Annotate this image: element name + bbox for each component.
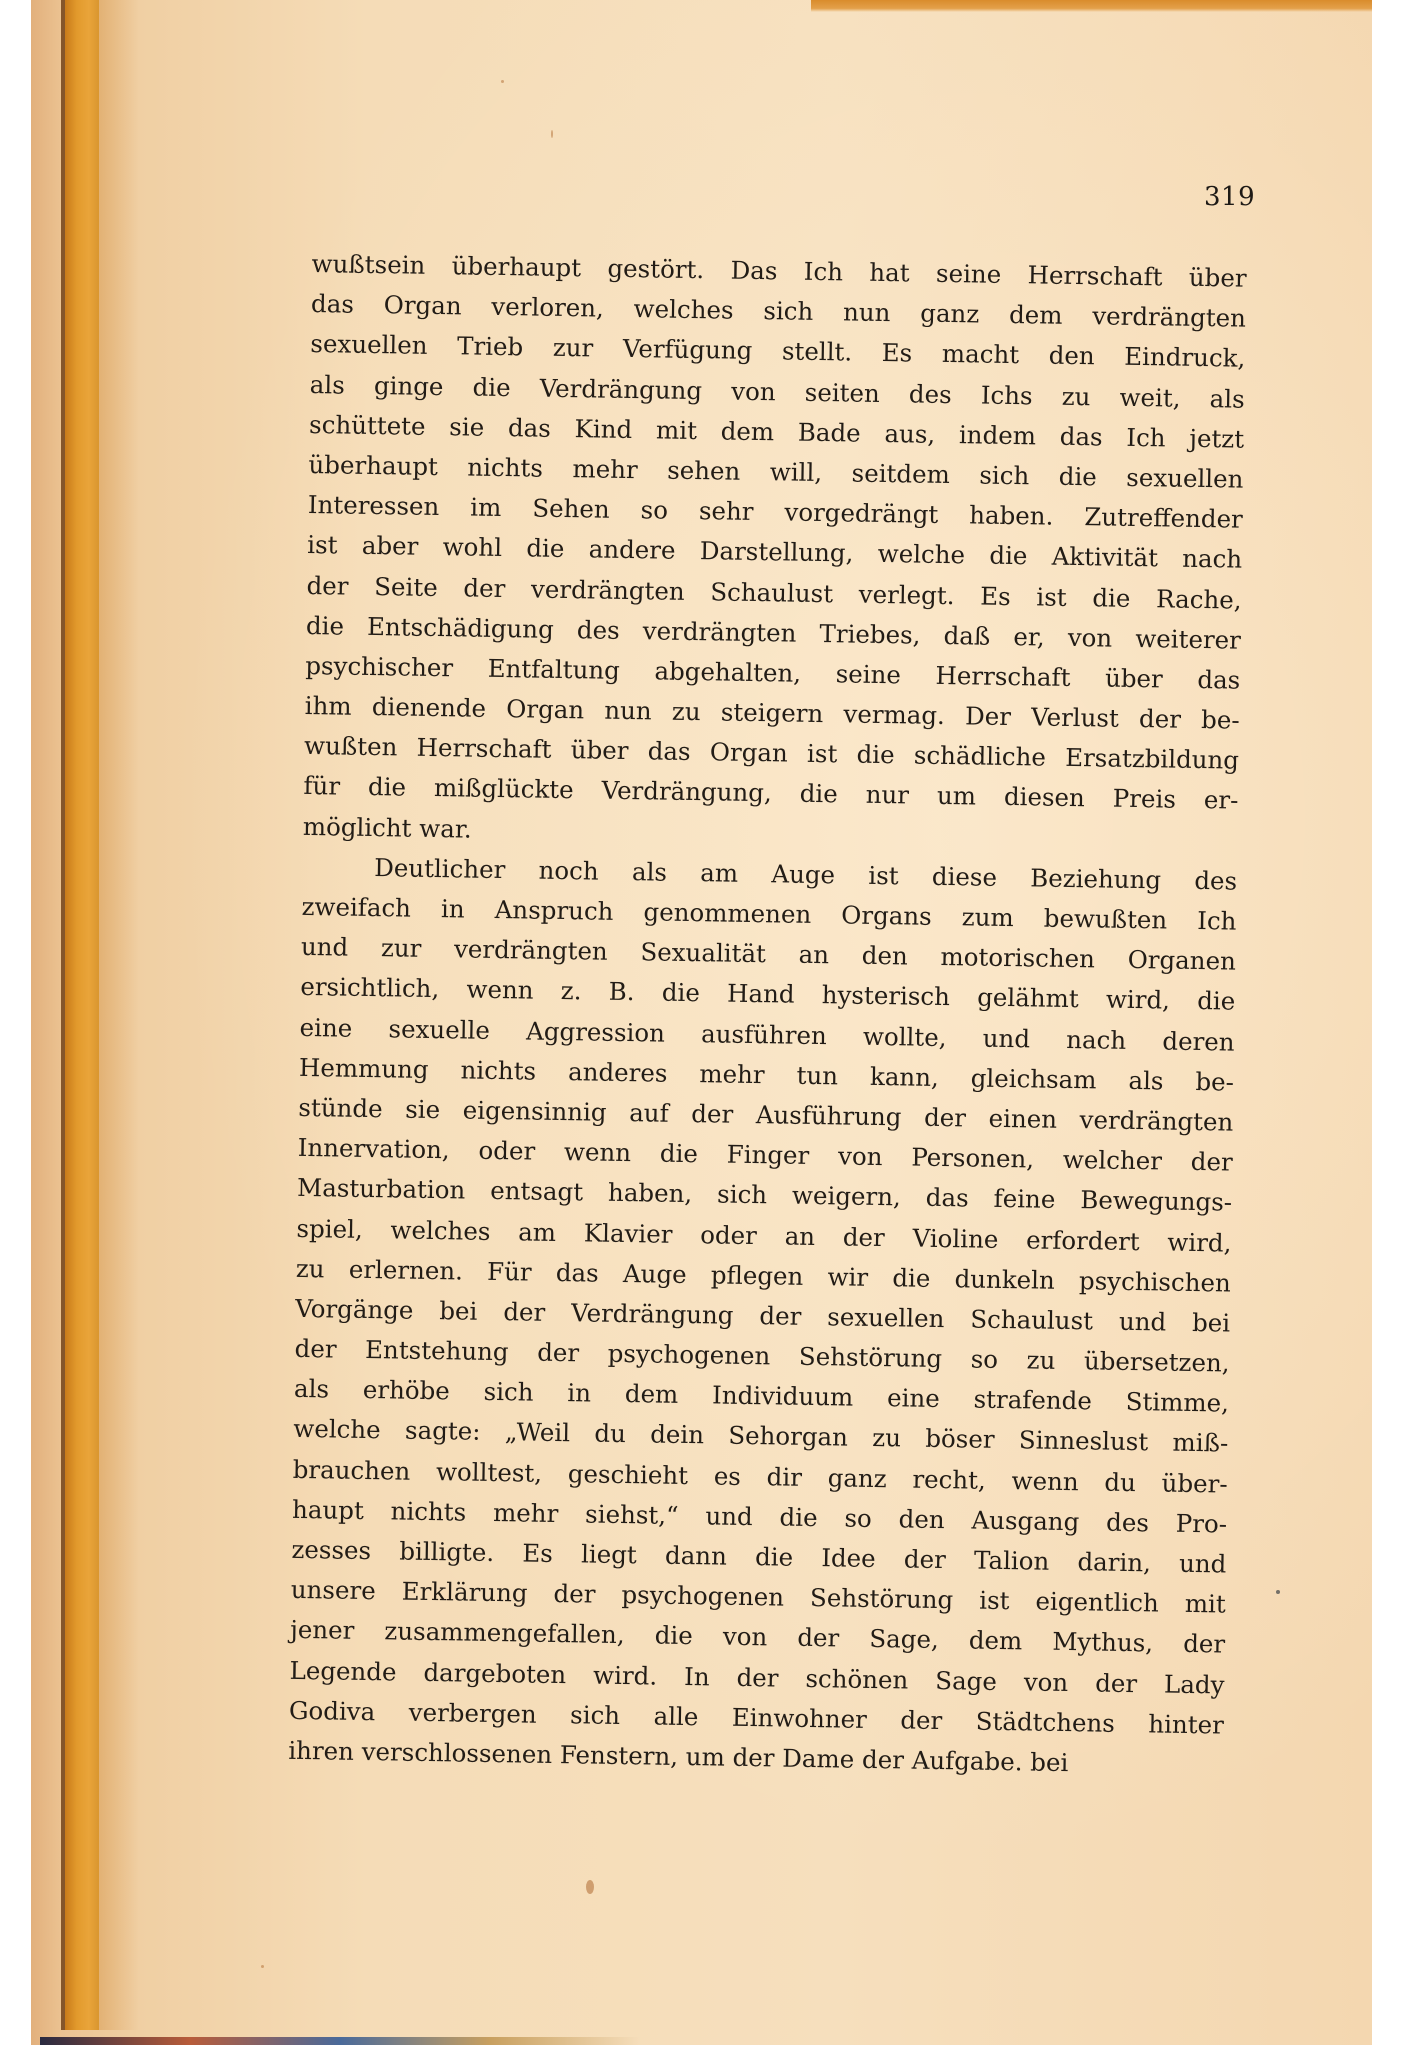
page-edge [31,0,61,2045]
paper-stain [586,1880,594,1894]
top-edge-stain [811,0,1372,12]
paragraph: Deutlicher noch als am Auge ist diese Be… [288,847,1237,1786]
paragraph: wußtsein überhaupt gestört. Das Ich hat … [303,244,1247,861]
scanned-book-page: 319 wußtsein überhaupt gestört. Das Ich … [0,0,1403,2045]
paper-speck [501,80,504,83]
body-text: wußtsein überhaupt gestört. Das Ich hat … [288,244,1247,1786]
paper-speck [261,1965,264,1968]
paper-speck [1276,1590,1280,1594]
paper-speck [551,130,553,138]
bottom-edge-strip [40,2037,640,2045]
page-number: 319 [1204,182,1255,212]
binding-tape [65,0,99,2030]
binding-shadow [99,0,139,2030]
